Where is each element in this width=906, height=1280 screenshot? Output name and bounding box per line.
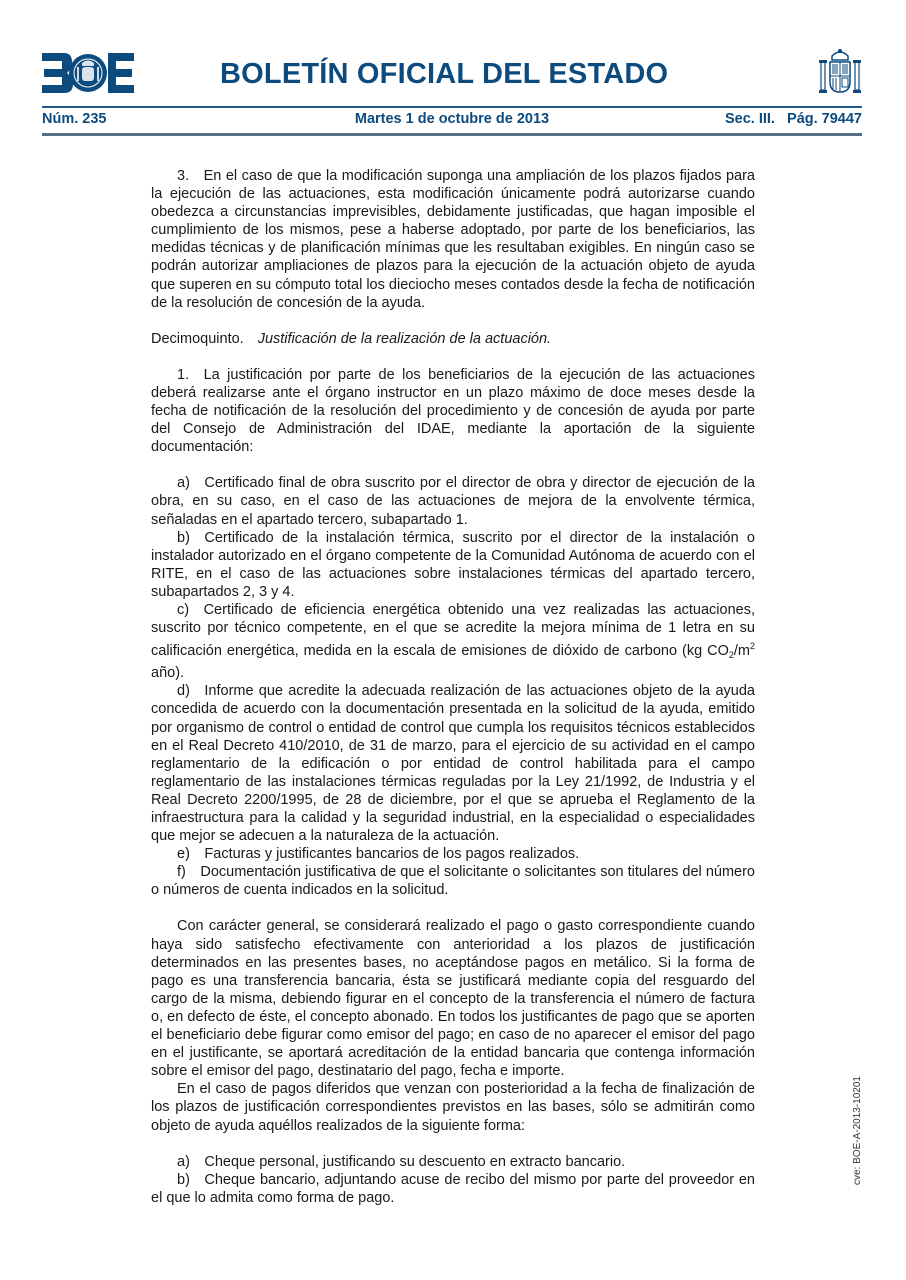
header-rule-top — [42, 106, 862, 108]
header-rule-bottom — [42, 133, 862, 136]
payment-item-a: a) Cheque personal, justificando su desc… — [151, 1153, 755, 1171]
paragraph-1: 1. La justificación por parte de los ben… — [151, 366, 755, 456]
masthead-title: BOLETÍN OFICIAL DEL ESTADO — [220, 58, 668, 91]
boe-logo-icon — [42, 53, 134, 93]
paragraph-deferred: En el caso de pagos diferidos que venzan… — [151, 1080, 755, 1134]
coat-of-arms-icon — [818, 48, 862, 96]
section-heading-label: Decimoquinto. — [151, 331, 244, 347]
list-item-f: f) Documentación justificativa de que el… — [151, 863, 755, 899]
list-item-d: d) Informe que acredite la adecuada real… — [151, 682, 755, 845]
list-item-c: c) Certificado de eficiencia energética … — [151, 601, 755, 682]
section-heading: Decimoquinto.Justificación de la realiza… — [151, 330, 755, 348]
paragraph-general: Con carácter general, se considerará rea… — [151, 917, 755, 1080]
section-page: Sec. III. Pág. 79447 — [725, 111, 862, 127]
cve-code: cve: BOE-A-2013-10201 — [852, 1076, 863, 1185]
item-c-text: c) Certificado de eficiencia energética … — [151, 602, 755, 659]
issue-bar: Martes 1 de octubre de 2013 Núm. 235 Sec… — [42, 111, 862, 131]
item-c-end: año). — [151, 665, 184, 681]
item-c-unit: /m — [734, 643, 750, 659]
paragraph-3: 3. En el caso de que la modificación sup… — [151, 167, 755, 312]
list-item-a: a) Certificado final de obra suscrito po… — [151, 474, 755, 528]
item-c-superscript: 2 — [750, 641, 755, 651]
section-heading-title: Justificación de la realización de la ac… — [258, 331, 551, 347]
list-item-e: e) Facturas y justificantes bancarios de… — [151, 845, 755, 863]
document-body: 3. En el caso de que la modificación sup… — [151, 167, 755, 1207]
page-header: BOLETÍN OFICIAL DEL ESTADO Martes 1 de o… — [42, 48, 862, 138]
issue-number: Núm. 235 — [42, 111, 106, 127]
list-item-b: b) Certificado de la instalación térmica… — [151, 529, 755, 601]
payment-item-b: b) Cheque bancario, adjuntando acuse de … — [151, 1171, 755, 1207]
